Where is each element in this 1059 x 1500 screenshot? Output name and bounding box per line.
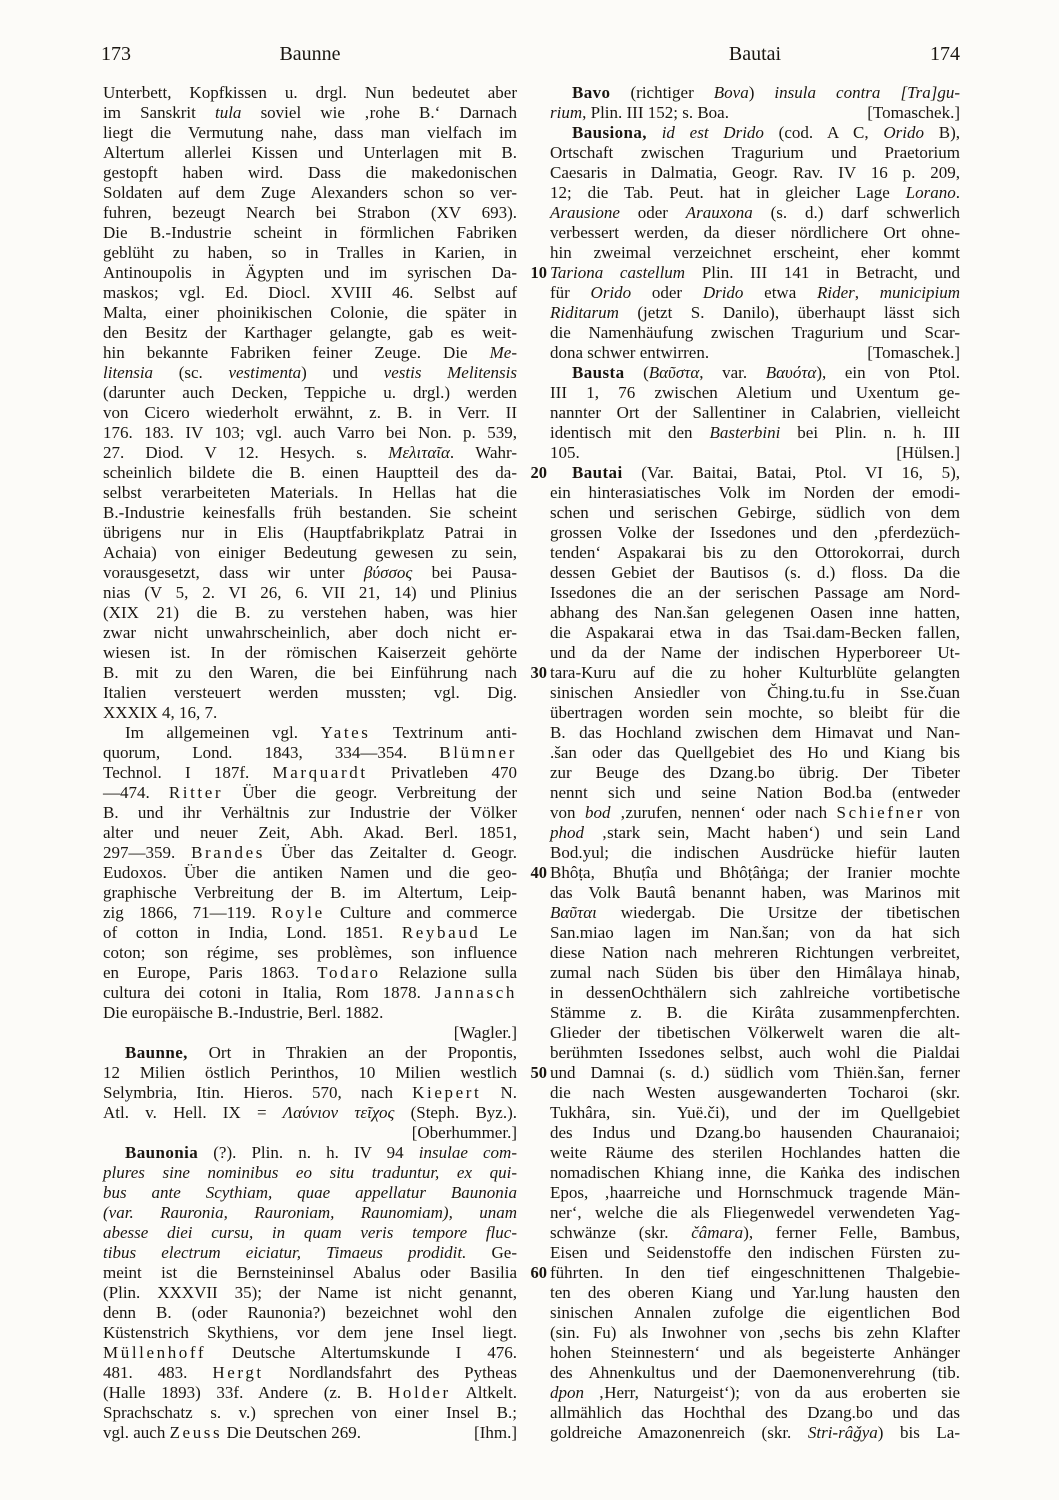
text-line: Eudoxos. Über die antiken Namen und die … (103, 863, 517, 883)
text-columns: Unterbett, Kopfkissen u. drgl. Nun bedeu… (103, 83, 960, 1443)
text-line: übrigens nur in Elis (Hauptfabrikplatz P… (103, 523, 517, 543)
text-line: das Volk Bautâ benannt haben, was Marino… (550, 883, 960, 903)
text-line: ner‘, welche die als Fliegenwedel verwen… (550, 1203, 960, 1223)
text-line: quorum, Lond. 1843, 334—354. Blümner (103, 743, 517, 763)
text-line: Epos, ‚haarreiche und Hornschmuck tragen… (550, 1183, 960, 1203)
text-line: (var. Rauronia, Rauroniam, Raunomiam), u… (103, 1203, 517, 1223)
text-line: III 1, 76 zwischen Aletium und Uxentum g… (550, 383, 960, 403)
text-line: Altertum allerlei Kissen und Unterlagen … (103, 143, 517, 163)
text-line: schwänze (skr. čâmara), ferner Felle, Ba… (550, 1223, 960, 1243)
text-line: in dessenOchthälern sich zahlreiche vort… (550, 983, 960, 1003)
text-line: [Oberhummer.] (103, 1123, 517, 1143)
author-attribution: [Ihm.] (474, 1423, 517, 1443)
line-number-marker: 60 (531, 1263, 548, 1283)
text-line: übertragen worden sein mochte, so bleibt… (550, 703, 960, 723)
line-number-marker: 20 (531, 463, 548, 483)
text-line: Im allgemeinen vgl. Yates Textrinum anti… (103, 723, 517, 743)
text-line: identisch mit den Basterbini bei Plin. n… (550, 423, 960, 443)
text-line: ten des oberen Kiang und Yar.lung hauste… (550, 1283, 960, 1303)
text-line: Baunonia (?). Plin. n. h. IV 94 insulae … (103, 1143, 517, 1163)
text-line: Bavo (richtiger Bova) insula contra [Tra… (550, 83, 960, 103)
text-line: San.miao lagen im Nan.šan; von da hat si… (550, 923, 960, 943)
text-line: graphische Verbreitung der B. im Altertu… (103, 883, 517, 903)
text-line: meint ist die Bernsteininsel Abalus oder… (103, 1263, 517, 1283)
text-line: sinischen Annalen zufolge die eigentlich… (550, 1303, 960, 1323)
text-line: B. das Hochland zwischen dem Himavat und… (550, 723, 960, 743)
text-line: berühmten Issedones selbst, auch wohl di… (550, 1043, 960, 1063)
text-line: Caesaris in Dalmatia, Geogr. Rav. IV 16 … (550, 163, 960, 183)
text-line: Bod.yul; die indischen Ausdrücke hiefür … (550, 843, 960, 863)
text-line: die nach Westen ausgewanderten Tocharoi … (550, 1083, 960, 1103)
text-line: 12; die Tab. Peut. hat in gleicher Lage … (550, 183, 960, 203)
text-line: tenden‘ Aspakarai bis zu den Ottorokorra… (550, 543, 960, 563)
text-line: phod ‚stark sein, Macht haben‘) und sein… (550, 823, 960, 843)
text-line: Technol. I 187f. Marquardt Privatleben 4… (103, 763, 517, 783)
text-line: 297—359. Brandes Über das Zeitalter d. G… (103, 843, 517, 863)
text-line: selbst verarbeiteten Materials. In Hella… (103, 483, 517, 503)
text-line: wiesen ist. In der römischen Kaiserzeit … (103, 643, 517, 663)
text-line: tibus electrum eiciatur, Timaeus prodidi… (103, 1243, 517, 1263)
text-line: nias (V 5, 2. VI 26, 6. VII 21, 14) und … (103, 583, 517, 603)
text-line: Achaia) von einiger Bedeutung gewesen zu… (103, 543, 517, 563)
text-line: zumal nach Süden bis über den Himâlaya h… (550, 963, 960, 983)
text-line: 12 Milien östlich Perinthos, 10 Milien w… (103, 1063, 517, 1083)
text-line: of cotton in India, Lond. 1851. Reybaud … (103, 923, 517, 943)
text-line: vorausgesetzt, dass wir unter βύσσος bei… (103, 563, 517, 583)
running-headword-left: Baunne (103, 42, 517, 66)
text-line: 481. 483. Hergt Nordlandsfahrt des Pythe… (103, 1363, 517, 1383)
text-line: dona schwer entwirren.[Tomaschek.] (550, 343, 960, 363)
text-line: 105.[Hülsen.] (550, 443, 960, 463)
text-line: litensia (sc. vestimenta) und vestis Mel… (103, 363, 517, 383)
text-line: sinischen Ansiedler von Čhing.tu.fu in S… (550, 683, 960, 703)
text-line: Die B.-Industrie scheint in förmlichen F… (103, 223, 517, 243)
text-line: goldreiche Amazonenreich (skr. Stri-râǧy… (550, 1423, 960, 1443)
line-number-marker: 30 (531, 663, 548, 683)
text-line: Unterbett, Kopfkissen u. drgl. Nun bedeu… (103, 83, 517, 103)
text-line: scheinlich bildete die B. einen Haupttei… (103, 463, 517, 483)
text-line: Atl. v. Hell. IX = Λαύνιον τεῖχος (Steph… (103, 1103, 517, 1123)
text-line: Bhôṭa, Bhuṭîa und Bhôṭâṅga; der Iranier … (550, 863, 960, 883)
text-line: weite Räume des sterilen Hochlandes hatt… (550, 1143, 960, 1163)
text-line: Issedones die an der serischen Passage a… (550, 583, 960, 603)
text-line: (sin. Fu) als Inwohner von ‚sechs bis ze… (550, 1323, 960, 1343)
text-line: führten. In den tief eingeschnittenen Th… (550, 1263, 960, 1283)
text-line: Sprachschatz s. v.) sprechen von einer I… (103, 1403, 517, 1423)
text-line: gestopft haben wird. Dass die makedonisc… (103, 163, 517, 183)
text-line: plures sine nominibus eo situ traduntur,… (103, 1163, 517, 1183)
text-line: Glieder der tibetischen Völkerwelt waren… (550, 1023, 960, 1043)
text-line: des Indus und Dzang.bo hausenden Chauran… (550, 1123, 960, 1143)
gutter-line-numbers: 102030405060 (517, 83, 550, 1443)
encyclopedia-scan-page: 173 Baunne Bautai 174 Unterbett, Kopfkis… (0, 0, 1059, 1500)
text-line: Bausiona, id est Drido (cod. A C, Orido … (550, 123, 960, 143)
text-line: fuhren, bezeugt Nearch bei Strabon (XV 6… (103, 203, 517, 223)
text-line: (Plin. XXXVII 35); der Name ist nicht ge… (103, 1283, 517, 1303)
text-line: 27. Diod. V 12. Hesych. s. Μελιταῖα. Wah… (103, 443, 517, 463)
text-line: tara-Kuru auf die zu hoher Kulturblüte g… (550, 663, 960, 683)
text-line: abesse diei cursu, in quam veris tempore… (103, 1223, 517, 1243)
text-line: liegt die Vermutung nahe, dass man vielf… (103, 123, 517, 143)
right-column: Bavo (richtiger Bova) insula contra [Tra… (550, 83, 960, 1443)
text-line: geblüht zu haben, so in Tralles in Karie… (103, 243, 517, 263)
text-line: ein hinterasiatisches Volk im Norden der… (550, 483, 960, 503)
text-line: und Damnai (s. d.) südlich vom Thiën.šan… (550, 1063, 960, 1083)
text-line: Arausione oder Arauxona (s. d.) darf sch… (550, 203, 960, 223)
text-line: dpon ‚Herr, Naturgeist‘); von da aus ero… (550, 1383, 960, 1403)
text-line: Italien versteuert werden mussten; vgl. … (103, 683, 517, 703)
text-line: B. und ihr Verhältnis zur Industrie der … (103, 803, 517, 823)
text-line: für Orido oder Drido etwa Rider, municip… (550, 283, 960, 303)
text-line: coton; son régime, ses problèmes, son in… (103, 943, 517, 963)
text-line: zig 1866, 71—119. Royle Culture and comm… (103, 903, 517, 923)
text-line: dessen Gebiet der Bautisos (s. d.) floss… (550, 563, 960, 583)
text-line: Küstenstrich Skythiens, vor dem jene Ins… (103, 1323, 517, 1343)
text-line: —474. Ritter Über die geogr. Verbreitung… (103, 783, 517, 803)
text-line: B. mit zu den Waren, die bei Einführung … (103, 663, 517, 683)
text-line: die Namenhäufung zwischen Tragurium und … (550, 323, 960, 343)
text-line: .šan oder das Quellgebiet des Ho und Kia… (550, 743, 960, 763)
text-line: Βαῦται wiedergab. Die Ursitze der tibeti… (550, 903, 960, 923)
text-line: Ortschaft zwischen Tragurium und Praetor… (550, 143, 960, 163)
left-column: Unterbett, Kopfkissen u. drgl. Nun bedeu… (103, 83, 517, 1443)
text-line: Müllenhoff Deutsche Altertumskunde I 476… (103, 1343, 517, 1363)
page-number-right: 174 (550, 42, 960, 66)
text-line: [Wagler.] (103, 1023, 517, 1043)
line-number-marker: 40 (531, 863, 548, 883)
text-line: hin bekannte Fabriken feiner Zeuge. Die … (103, 343, 517, 363)
text-line: Antinoupolis in Ägypten und im syrischen… (103, 263, 517, 283)
text-line: Malta, einer phoinikischen Colonie, die … (103, 303, 517, 323)
text-line: Baunne, Ort in Thrakien an der Propontis… (103, 1043, 517, 1063)
text-line: zwar nicht unwahrscheinlich, aber doch n… (103, 623, 517, 643)
text-line: Bausta (Βαῦστα, var. Βαυότα), ein von Pt… (550, 363, 960, 383)
author-attribution: [Tomaschek.] (867, 103, 960, 123)
text-line: verbessert werden, da dieser nördlichere… (550, 223, 960, 243)
text-line: zur Beuge des Dzang.bo übrig. Der Tibete… (550, 763, 960, 783)
text-line: Die europäische B.-Industrie, Berl. 1882… (103, 1003, 517, 1023)
text-line: bus ante Scythiam, quae appellatur Bauno… (103, 1183, 517, 1203)
text-line: en Europe, Paris 1863. Todaro Relazione … (103, 963, 517, 983)
text-line: vgl. auch Zeuss Die Deutschen 269.[Ihm.] (103, 1423, 517, 1443)
text-line: alter und neuer Zeit, Abh. Akad. Berl. 1… (103, 823, 517, 843)
text-line: maskos; vgl. Ed. Diocl. XVIII 46. Selbst… (103, 283, 517, 303)
text-line: (Halle 1893) 33f. Andere (z. B. Holder A… (103, 1383, 517, 1403)
text-line: nomadischen Khiang inne, die Kaṅka des i… (550, 1163, 960, 1183)
text-line: die Aspakarai etwa in das Tsai.dam-Becke… (550, 623, 960, 643)
author-attribution: [Hülsen.] (896, 443, 960, 463)
text-line: Bautai (Var. Baitai, Batai, Ptol. VI 16,… (550, 463, 960, 483)
text-line: XXXIX 4, 16, 7. (103, 703, 517, 723)
text-line: 176. 183. IV 103; vgl. auch Varro bei No… (103, 423, 517, 443)
text-line: grossen Volke der Issedones und den ‚pfe… (550, 523, 960, 543)
text-line: nennt sich und seine Nation Bod.ba (entw… (550, 783, 960, 803)
text-line: B.-Industrie keinesfalls früh bestanden.… (103, 503, 517, 523)
text-line: cultura dei cotoni in Italia, Rom 1878. … (103, 983, 517, 1003)
line-number-marker: 50 (531, 1063, 548, 1083)
text-line: nannter Ort der Sallentiner in Calabrien… (550, 403, 960, 423)
text-line: (darunter auch Decken, Teppiche u. drgl.… (103, 383, 517, 403)
author-attribution: [Tomaschek.] (867, 343, 960, 363)
text-line: hin zweimal verzeichnet erscheint, eher … (550, 243, 960, 263)
text-line: hohen Steinnestern‘ und als begeisterte … (550, 1343, 960, 1363)
text-line: allmählich das Hochthal des Dzang.bo und… (550, 1403, 960, 1423)
text-line: von bod ‚zurufen, nennen‘ oder nach Schi… (550, 803, 960, 823)
text-line: Tukhâra, sin. Yuë.či), und der im Quellg… (550, 1103, 960, 1123)
text-line: schen und serischen Gebirge, südlich von… (550, 503, 960, 523)
text-line: Riditarum (jetzt S. Danilo), überhaupt l… (550, 303, 960, 323)
text-line: von Cicero wiederholt erwähnt, z. B. in … (103, 403, 517, 423)
text-line: Stämme z. B. die Kirâta zusammenpferchte… (550, 1003, 960, 1023)
text-line: (XIX 21) die B. zu verstehen haben, was … (103, 603, 517, 623)
text-line: Soldaten auf dem Zuge Alexanders schon s… (103, 183, 517, 203)
text-line: diese Nation nach mehreren Richtungen ve… (550, 943, 960, 963)
text-line: rium, Plin. III 152; s. Boa.[Tomaschek.] (550, 103, 960, 123)
text-line: den Besitz der Karthager gelangte, gab e… (103, 323, 517, 343)
text-line: im Sanskrit tula soviel wie ‚rohe B.‘ Da… (103, 103, 517, 123)
text-line: Tariona castellum Plin. III 141 in Betra… (550, 263, 960, 283)
text-line: und da der Name der indischen Hyperboree… (550, 643, 960, 663)
line-number-marker: 10 (531, 263, 548, 283)
text-line: Selymbria, Itin. Hieros. 570, nach Kiepe… (103, 1083, 517, 1103)
text-line: Eisen und Seidenstoffe den indischen Für… (550, 1243, 960, 1263)
text-line: des Ahnenkultus und der Daemonenverehrun… (550, 1363, 960, 1383)
text-line: denn B. (oder Raunonia?) bezeichnet wohl… (103, 1303, 517, 1323)
text-line: abhang des Nan.šan gelegenen Oasen inne … (550, 603, 960, 623)
